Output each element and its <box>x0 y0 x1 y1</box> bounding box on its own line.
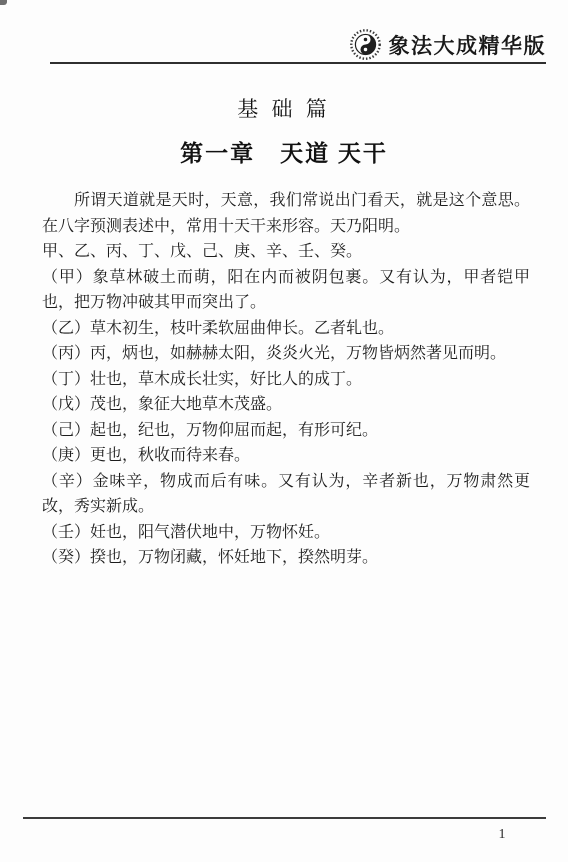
scan-artifact <box>0 0 7 5</box>
paragraph-stem-bing: （丙）丙，炳也，如赫赫太阳，炎炎火光，万物皆炳然著见而明。 <box>42 341 530 367</box>
paragraph-stem-ding: （丁）壮也，草木成长壮实，好比人的成丁。 <box>42 367 530 393</box>
paragraph-stem-jia: （甲）象草林破土而萌，阳在内而被阴包裹。又有认为，甲者铠甲也，把万物冲破其甲而突… <box>42 265 530 316</box>
paragraph-intro: 所谓天道就是天时，天意，我们常说出门看天，就是这个意思。在八字预测表述中，常用十… <box>42 188 530 239</box>
page-number: 1 <box>492 827 512 843</box>
paragraph-stem-ren: （壬）妊也，阳气潜伏地中，万物怀妊。 <box>42 520 530 546</box>
paragraph-stem-xin: （辛）金味辛，物成而后有味。又有认为，辛者新也，万物肃然更改，秀实新成。 <box>42 469 530 520</box>
body-text: 所谓天道就是天时，天意，我们常说出门看天，就是这个意思。在八字预测表述中，常用十… <box>42 188 530 571</box>
header-divider <box>50 62 546 64</box>
paragraph-stem-wu: （戊）茂也，象征大地草木茂盛。 <box>42 392 530 418</box>
paragraph-stem-geng: （庚）更也，秋收而待来春。 <box>42 443 530 469</box>
footer-divider <box>23 817 546 819</box>
paragraph-stem-ji: （己）起也，纪也，万物仰屈而起，有形可纪。 <box>42 418 530 444</box>
taiji-yinyang-icon <box>349 28 382 61</box>
section-title: 基 础 篇 <box>0 93 568 123</box>
paragraph-stems-list: 甲、乙、丙、丁、戊、己、庚、辛、壬、癸。 <box>42 239 530 265</box>
book-page: 象法大成精华版 基 础 篇 第一章 天道 天干 所谓天道就是天时，天意，我们常说… <box>0 0 568 862</box>
paragraph-stem-yi: （乙）草木初生，枝叶柔软屈曲伸长。乙者轧也。 <box>42 316 530 342</box>
chapter-title: 第一章 天道 天干 <box>0 135 568 168</box>
edition-title: 象法大成精华版 <box>389 30 547 60</box>
paragraph-stem-gui: （癸）揆也，万物闭藏，怀妊地下，揆然明芽。 <box>42 545 530 571</box>
page-header: 象法大成精华版 <box>349 28 547 61</box>
